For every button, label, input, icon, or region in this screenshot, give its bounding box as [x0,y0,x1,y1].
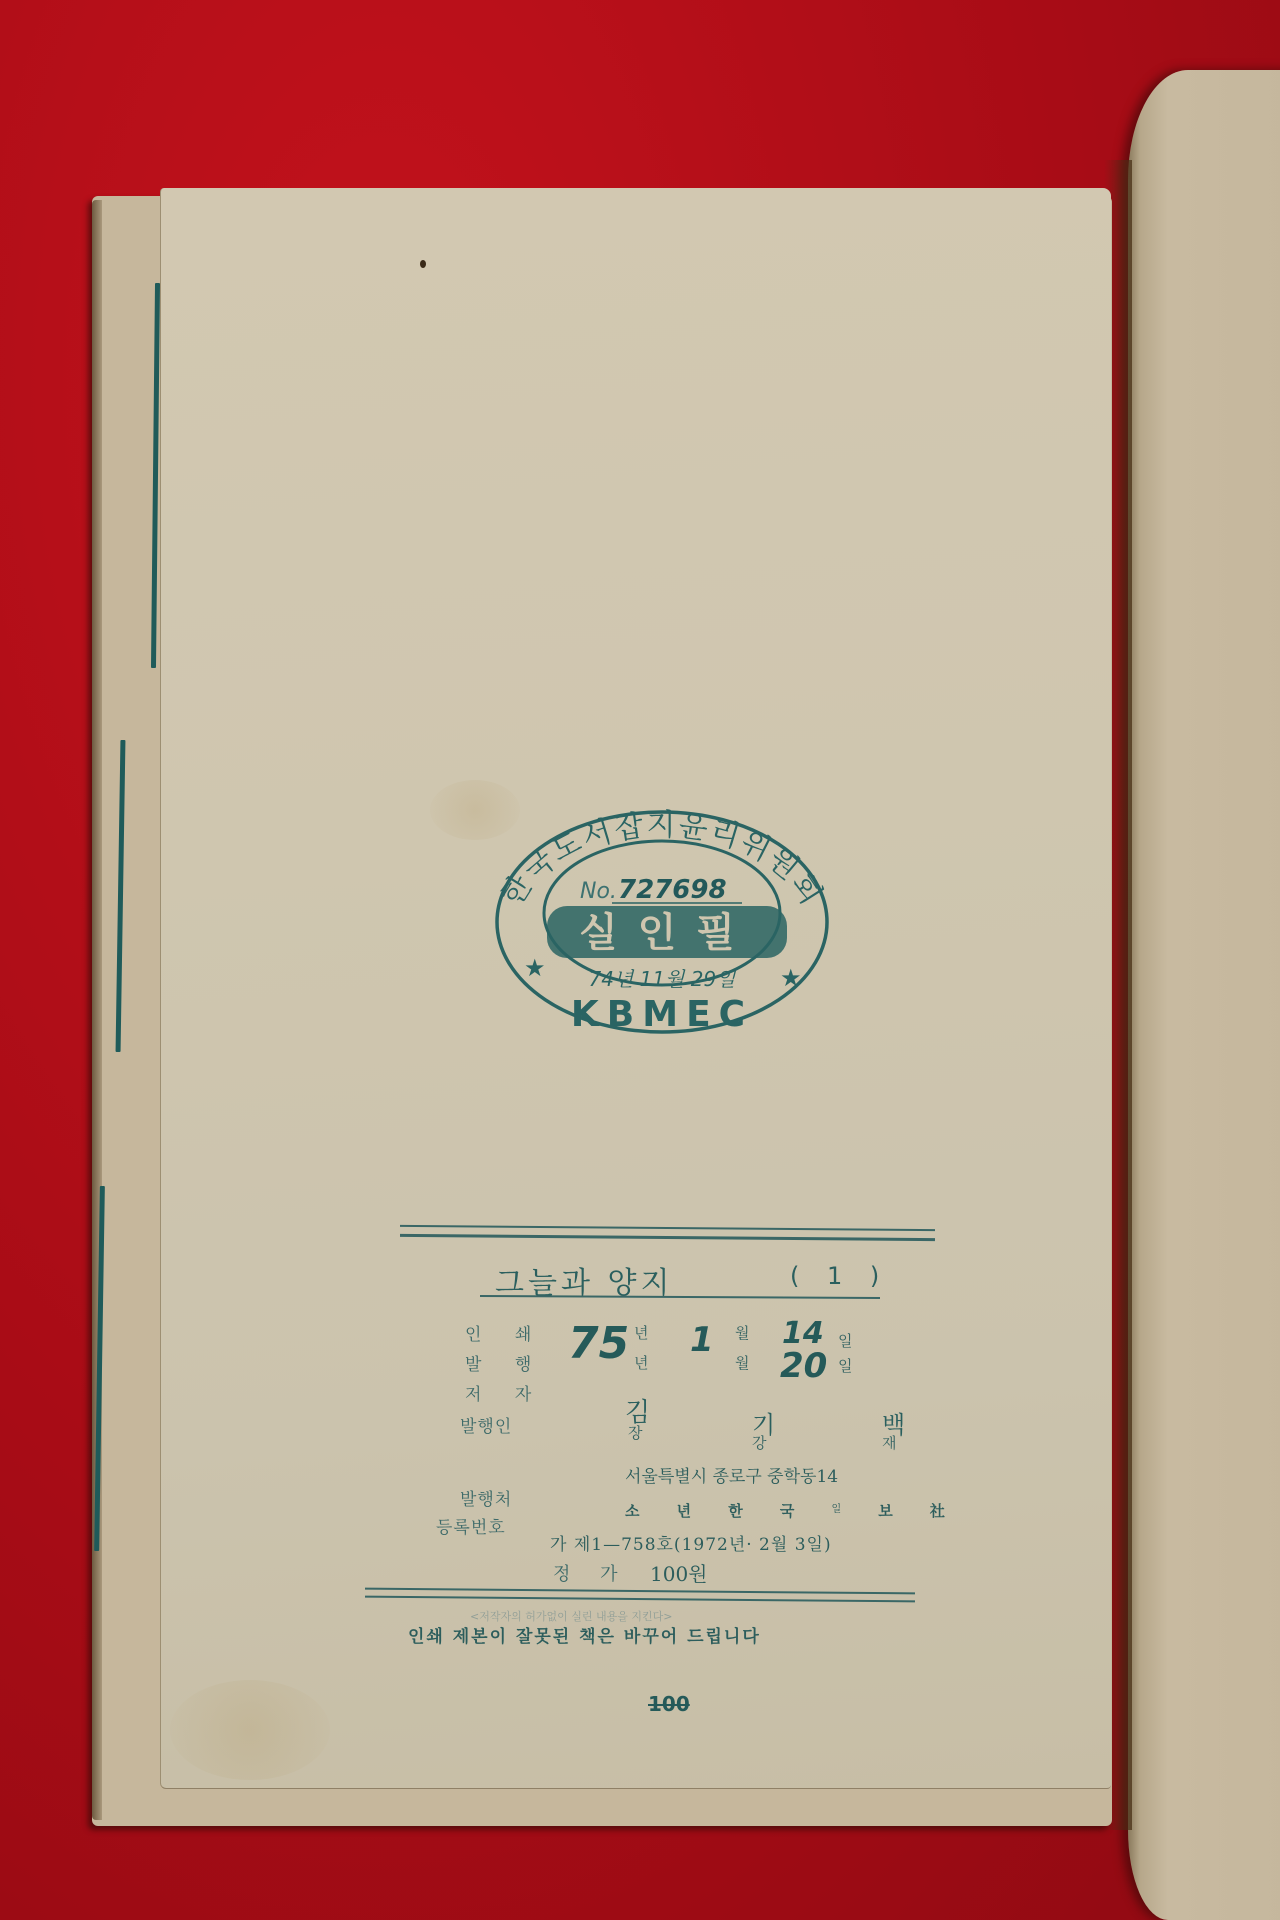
registration-value: 가 제1—758호(1972년· 2월 3일) [550,1530,832,1555]
svg-text:No.: No. [580,879,617,904]
ink-speck [420,260,426,268]
day-unit: 일 [838,1330,853,1351]
house-char: 국 [780,1500,795,1521]
month-unit: 월 [735,1322,750,1343]
replacement-notice: 인쇄 제본이 잘못된 책은 바꾸어 드립니다 [408,1622,761,1647]
house-char: 일 [832,1500,842,1521]
publish-day: 20 [780,1346,827,1386]
approval-stamp: 한국도서잡지윤리위원회 No. 727698 실인필 74년 11월 29일 ★… [492,808,832,1036]
publisher-name-1: 장 [628,1422,643,1443]
facing-page [1128,70,1280,1920]
publisher-name-3: 재 [882,1432,897,1453]
svg-text:74년 11월 29일: 74년 11월 29일 [588,967,737,991]
price-value: 100원 [650,1558,708,1587]
svg-text:★: ★ [780,964,802,992]
registration-label: 등록번호 [436,1513,506,1538]
author-label: 저 자 [465,1380,545,1405]
publisher-name-2: 강 [752,1432,767,1453]
day-unit: 일 [838,1355,853,1376]
house-char: 소 [625,1500,640,1521]
stamp-graphic: 한국도서잡지윤리위원회 No. 727698 실인필 74년 11월 29일 ★… [492,808,832,1036]
house-char: 한 [728,1500,743,1521]
svg-text:★: ★ [524,954,546,982]
svg-text:실인필: 실인필 [579,910,755,956]
publishing-house-name: 소 년 한 국 일 보 社 [625,1500,945,1521]
print-month: 1 [690,1320,714,1360]
volume-number: ( 1 ) [790,1262,889,1290]
svg-text:KBMEC: KBMEC [571,994,753,1035]
house-char: 년 [677,1500,692,1521]
house-char: 보 [878,1500,893,1521]
year-unit: 년 [634,1352,649,1373]
print-year: 75 [568,1318,629,1369]
publisher-address: 서울특별시 종로구 중학동14 [625,1462,838,1487]
publisher-label: 발행인 [460,1412,512,1437]
house-char: 社 [930,1500,945,1521]
svg-text:727698: 727698 [618,875,727,905]
publishing-house-label: 발행처 [460,1485,512,1510]
price-label: 정 가 [553,1560,630,1586]
month-unit: 월 [735,1352,750,1373]
year-unit: 년 [634,1322,649,1343]
cover-edge [92,200,102,1820]
print-date-label: 인 쇄 [465,1320,545,1345]
publish-date-label: 발 행 [465,1350,545,1375]
page-number: 100 [648,1692,690,1716]
paper-stain [170,1680,330,1780]
